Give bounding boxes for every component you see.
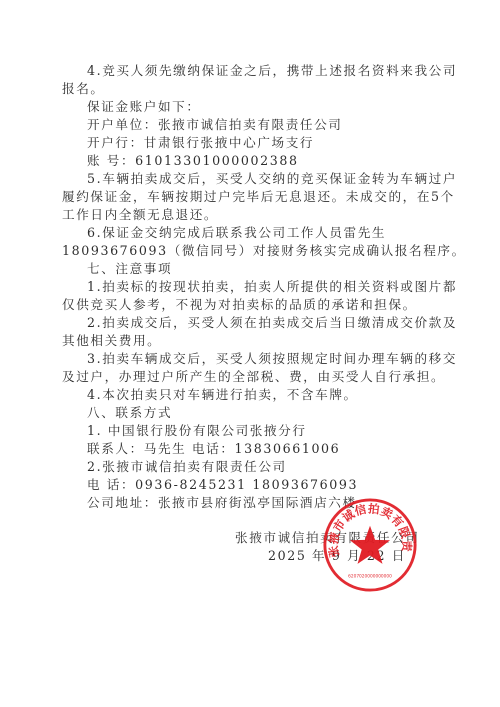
paragraph-line: 5.车辆拍卖成交后，买受人交纳的竞买保证金转为车辆过户 <box>87 170 457 188</box>
account-bank-line: 开户行：甘肃银行张掖中心广场支行 <box>87 134 314 152</box>
contact-phone-line: 电 话：0936-8245231 18093676093 <box>87 476 358 494</box>
contact-person-line: 联系人：马先生 电话：13830661006 <box>87 440 340 458</box>
paragraph-line: 报名。 <box>62 80 105 98</box>
star-icon <box>350 526 390 564</box>
contact-company-line: 2.张掖市诚信拍卖有限责任公司 <box>87 458 287 476</box>
paragraph-line: 1.拍卖标的按现状拍卖，拍卖人所提供的相关资料或图片都 <box>87 278 457 296</box>
paragraph-line: 18093676093（微信同号）对接财务核实完成确认报名程序。 <box>62 242 466 260</box>
account-number-line: 账 号：61013301000002388 <box>87 152 299 170</box>
document-page: 4.竞买人须先缴纳保证金之后，携带上述报名资料来我公司 报名。 保证金账户如下：… <box>0 0 500 707</box>
contact-address-line: 公司地址：张掖市县府街泓亭国际酒店六楼 <box>87 494 357 512</box>
paragraph-line: 工作日内全额无息退还。 <box>62 206 218 224</box>
stamp-code: 6207020000000000 <box>348 574 392 580</box>
paragraph-line: 4.竞买人须先缴纳保证金之后，携带上述报名资料来我公司 <box>87 62 457 80</box>
paragraph-line: 2.拍卖成交后，买受人须在拍卖成交后当日缴清成交价款及 <box>87 314 457 332</box>
paragraph-line: 其他相关费用。 <box>62 332 161 350</box>
paragraph-line: 仅供竞买人参考，不视为对拍卖标的品质的承诺和担保。 <box>62 296 417 314</box>
paragraph-line: 履约保证金，车辆按期过户完毕后无息退还。未成交的，在5个 <box>62 188 455 206</box>
account-unit-line: 开户单位：张掖市诚信拍卖有限责任公司 <box>87 116 343 134</box>
paragraph-line: 保证金账户如下： <box>87 98 201 116</box>
contact-bank-line: 1. 中国银行股份有限公司张掖分行 <box>87 422 307 440</box>
paragraph-line: 及过户，办理过户所产生的全部税、费，由买受人自行承担。 <box>62 368 445 386</box>
paragraph-line: 3.拍卖车辆成交后，买受人须按照规定时间办理车辆的移交 <box>87 350 457 368</box>
paragraph-line: 4.本次拍卖只对车辆进行拍卖，不含车牌。 <box>87 386 358 404</box>
section-heading-contact: 八、联系方式 <box>87 404 172 422</box>
section-heading-notes: 七、注意事项 <box>87 260 172 278</box>
paragraph-line: 6.保证金交纳完成后联系我公司工作人员雷先生 <box>87 224 386 242</box>
company-seal-stamp: 张掖市诚信拍卖有限责任公司 6207020000000000 <box>322 497 418 593</box>
